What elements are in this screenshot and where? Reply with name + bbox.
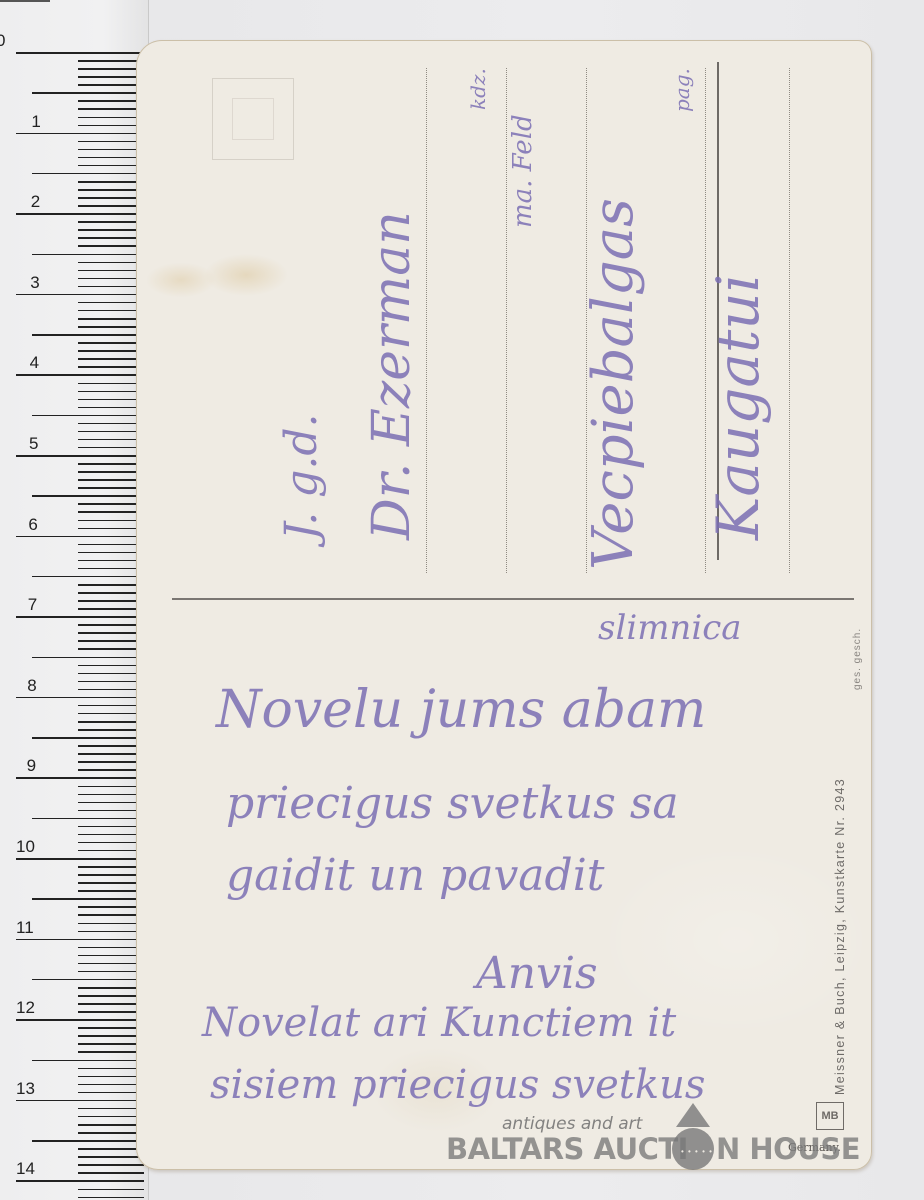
ruler-tick [78, 1092, 144, 1094]
ruler-label: 9 [27, 757, 36, 774]
ruler-tick [78, 302, 144, 304]
ruler-tick [78, 665, 144, 667]
ruler-tick [78, 794, 144, 796]
ruler-tick [16, 213, 144, 215]
watermark-tagline: antiques and art [502, 1114, 642, 1134]
address-line4-suffix: pag. [670, 68, 694, 112]
ruler-tick [16, 374, 144, 376]
ruler-tick [78, 141, 144, 143]
ruler-tick [78, 1003, 144, 1005]
ruler-tick [78, 189, 144, 191]
ruler-tick [32, 737, 144, 739]
ruler-label: 10 [16, 838, 35, 855]
ruler-tick [78, 995, 144, 997]
ruler-tick [78, 842, 144, 844]
ruler-label: 8 [27, 677, 36, 694]
watermark-globe-dots: • • • • • [681, 1147, 713, 1156]
publisher-imprint: Meissner & Buch, Leipzig, Kunstkarte Nr.… [833, 778, 847, 1095]
message-line-6: sisiem priecigus svetkus [210, 1062, 705, 1108]
ruler-tick [78, 399, 144, 401]
ruler-tick [78, 648, 144, 650]
ruler-tick [78, 1197, 144, 1199]
ruler-tick [78, 721, 144, 723]
address-line2: Dr. Ezerman [362, 211, 422, 540]
address-line4: Vecpiebalgas [581, 198, 646, 570]
card-horizontal-divider [172, 598, 854, 600]
ruler-tick [78, 1035, 144, 1037]
ruler-tick [78, 366, 144, 368]
ruler-tick [78, 1084, 144, 1086]
ruler-tick [78, 632, 144, 634]
ruler-tick [78, 487, 144, 489]
ruler-tick [78, 318, 144, 320]
ruler-tick [16, 697, 144, 699]
ruler-tick [32, 898, 144, 900]
ruler-tick [78, 1027, 144, 1029]
ruler-tick [78, 874, 144, 876]
ruler-tick [16, 1100, 144, 1102]
ruler-tick [78, 84, 144, 86]
address-line-5 [789, 68, 790, 573]
ruler-tick [32, 1140, 144, 1142]
ruler-tick [78, 753, 144, 755]
ruler-tick [78, 157, 144, 159]
ruler-tick [78, 76, 144, 78]
ruler-tick [16, 616, 144, 618]
ruler-tick [78, 705, 144, 707]
ruler-label: 0 [0, 32, 5, 49]
ruler-tick [16, 858, 144, 860]
ruler-tick [32, 334, 144, 336]
ruler-tick [78, 681, 144, 683]
ruler-tick [78, 1124, 144, 1126]
ruler-tick [32, 818, 144, 820]
ruler-tick [78, 205, 144, 207]
ruler-tick [16, 1180, 144, 1182]
ruler-tick [78, 640, 144, 642]
message-line-3: gaidit un pavadit [226, 850, 604, 901]
ruler-tick [78, 278, 144, 280]
ruler-label: 6 [28, 516, 37, 533]
address-line5: Kaugatui [704, 274, 772, 540]
ruler-tick [32, 415, 144, 417]
ruler-tick [78, 1116, 144, 1118]
ruler-tick [78, 544, 144, 546]
ruler-tick [78, 850, 144, 852]
ruler-tick [32, 254, 144, 256]
watermark-brand-right: N HOUSE [716, 1132, 860, 1166]
ruler-tick [78, 608, 144, 610]
ruler-tick [78, 221, 144, 223]
ruler-label: 11 [16, 919, 34, 936]
ruler-tick [78, 584, 144, 586]
ruler-tick [78, 197, 144, 199]
ruler-tick [78, 834, 144, 836]
ruler-tick [78, 125, 144, 127]
ruler-tick [78, 1189, 144, 1191]
ruler-tick [78, 117, 144, 119]
ruler-tick [78, 1172, 144, 1174]
ruler-tick [78, 592, 144, 594]
ruler-tick [78, 326, 144, 328]
ruler-tick [78, 1164, 144, 1166]
ruler-tick [78, 100, 144, 102]
publisher-note: ges. gesch. [852, 628, 863, 690]
ruler-tick [78, 165, 144, 167]
ruler-tick [78, 181, 144, 183]
address-line1: J. g.d. [276, 414, 327, 541]
ruler-tick [78, 439, 144, 441]
ruler-tick [78, 503, 144, 505]
ruler-label: 4 [30, 354, 39, 371]
ruler-tick [78, 310, 144, 312]
ruler-label: 1 [31, 113, 40, 130]
ruler-label: 5 [29, 435, 38, 452]
ruler-tick [78, 262, 144, 264]
ruler-tick [78, 987, 144, 989]
ruler-tick [16, 52, 144, 54]
ruler-tick [78, 729, 144, 731]
ruler-tick [78, 270, 144, 272]
ruler-tick [78, 528, 144, 530]
ruler-tick [78, 745, 144, 747]
stamp-placeholder-inner [232, 98, 274, 140]
ruler-tick [78, 761, 144, 763]
address-line-1 [426, 68, 427, 573]
ruler-label: 7 [28, 596, 37, 613]
ruler-tick [78, 1156, 144, 1158]
ruler-tick [78, 245, 144, 247]
ruler-tick [78, 286, 144, 288]
ruler-tick [78, 713, 144, 715]
ruler-tick [78, 600, 144, 602]
ruler-tick [78, 890, 144, 892]
watermark-brand-left: BALTARS AUCTI [446, 1132, 688, 1166]
ruler-tick [78, 1011, 144, 1013]
ruler-tick [16, 133, 144, 135]
ruler-tick [78, 971, 144, 973]
ruler-tick [16, 455, 144, 457]
ruler-tick [78, 423, 144, 425]
ruler-tick [78, 866, 144, 868]
ruler-tick [32, 979, 144, 981]
message-signature: Anvis [476, 948, 598, 999]
ruler-tick [32, 1060, 144, 1062]
ruler-tick [78, 931, 144, 933]
ruler-label: 12 [16, 999, 35, 1016]
ruler-tick [78, 60, 144, 62]
ruler-tick [16, 777, 144, 779]
ruler-label: 3 [30, 274, 39, 291]
ruler-tick [32, 92, 144, 94]
ruler-tick [78, 689, 144, 691]
ruler-tick [78, 108, 144, 110]
ruler-tick [32, 173, 144, 175]
ruler-tick [78, 1132, 144, 1134]
ruler-tick [78, 947, 144, 949]
address-line3: ma. Feld [508, 114, 538, 228]
ruler-tick [78, 923, 144, 925]
ruler-tick [78, 1148, 144, 1150]
ruler-tick [78, 882, 144, 884]
ruler-tick [78, 471, 144, 473]
ruler-tick [32, 576, 144, 578]
ruler-tick [78, 1051, 144, 1053]
message-header: slimnica [598, 608, 742, 648]
ruler-label: 13 [16, 1080, 35, 1097]
ruler-tick [78, 383, 144, 385]
ruler-tick [78, 479, 144, 481]
message-line-2: priecigus svetkus sa [226, 778, 679, 829]
ruler-label: 14 [16, 1160, 35, 1177]
address-line-2 [506, 68, 507, 573]
ruler-tick [78, 963, 144, 965]
watermark-crown-icon [676, 1103, 710, 1127]
postcard: J. g.d. Dr. Ezerman kdz. ma. Feld Vecpie… [136, 40, 872, 1170]
ruler-tick [78, 1108, 144, 1110]
ruler-tick [32, 657, 144, 659]
message-line-5: Novelat ari Kunctiem it [202, 1000, 676, 1046]
ruler-tick [78, 786, 144, 788]
ruler-tick [78, 624, 144, 626]
message-line-1: Novelu jums abam [216, 680, 706, 740]
ruler-tick [78, 520, 144, 522]
ruler-tick [16, 294, 144, 296]
publisher-logo: MB [816, 1102, 844, 1130]
ruler-tick [78, 568, 144, 570]
ruler-tick [78, 802, 144, 804]
ruler-tick [78, 1076, 144, 1078]
ruler-tick [78, 431, 144, 433]
ruler-tick [78, 1068, 144, 1070]
ruler-tick [78, 906, 144, 908]
ruler-tick [16, 1019, 144, 1021]
ruler-tick [78, 350, 144, 352]
ruler-tick [32, 495, 144, 497]
ruler-tick [78, 511, 144, 513]
ruler: 01234567891011121314 [0, 0, 149, 1200]
ruler-tick [78, 391, 144, 393]
ruler-label: 2 [31, 193, 40, 210]
ruler-tick [78, 229, 144, 231]
ruler-tick [78, 237, 144, 239]
ruler-tick [78, 955, 144, 957]
ruler-tick [78, 826, 144, 828]
ruler-tick [78, 358, 144, 360]
ruler-tick [78, 769, 144, 771]
ruler-tick [78, 407, 144, 409]
ruler-tick [16, 536, 144, 538]
ruler-tick [78, 463, 144, 465]
ruler-tick [78, 552, 144, 554]
ruler-tick [78, 810, 144, 812]
ruler-tick [78, 560, 144, 562]
ruler-tick [78, 673, 144, 675]
ruler-tick [78, 447, 144, 449]
ruler-tick [78, 342, 144, 344]
ruler-tick [16, 939, 144, 941]
ruler-top-edge [0, 0, 50, 2]
address-line2-suffix: kdz. [466, 68, 490, 110]
ruler-tick [78, 914, 144, 916]
ruler-tick [78, 68, 144, 70]
ruler-tick [78, 1043, 144, 1045]
ruler-tick [78, 149, 144, 151]
